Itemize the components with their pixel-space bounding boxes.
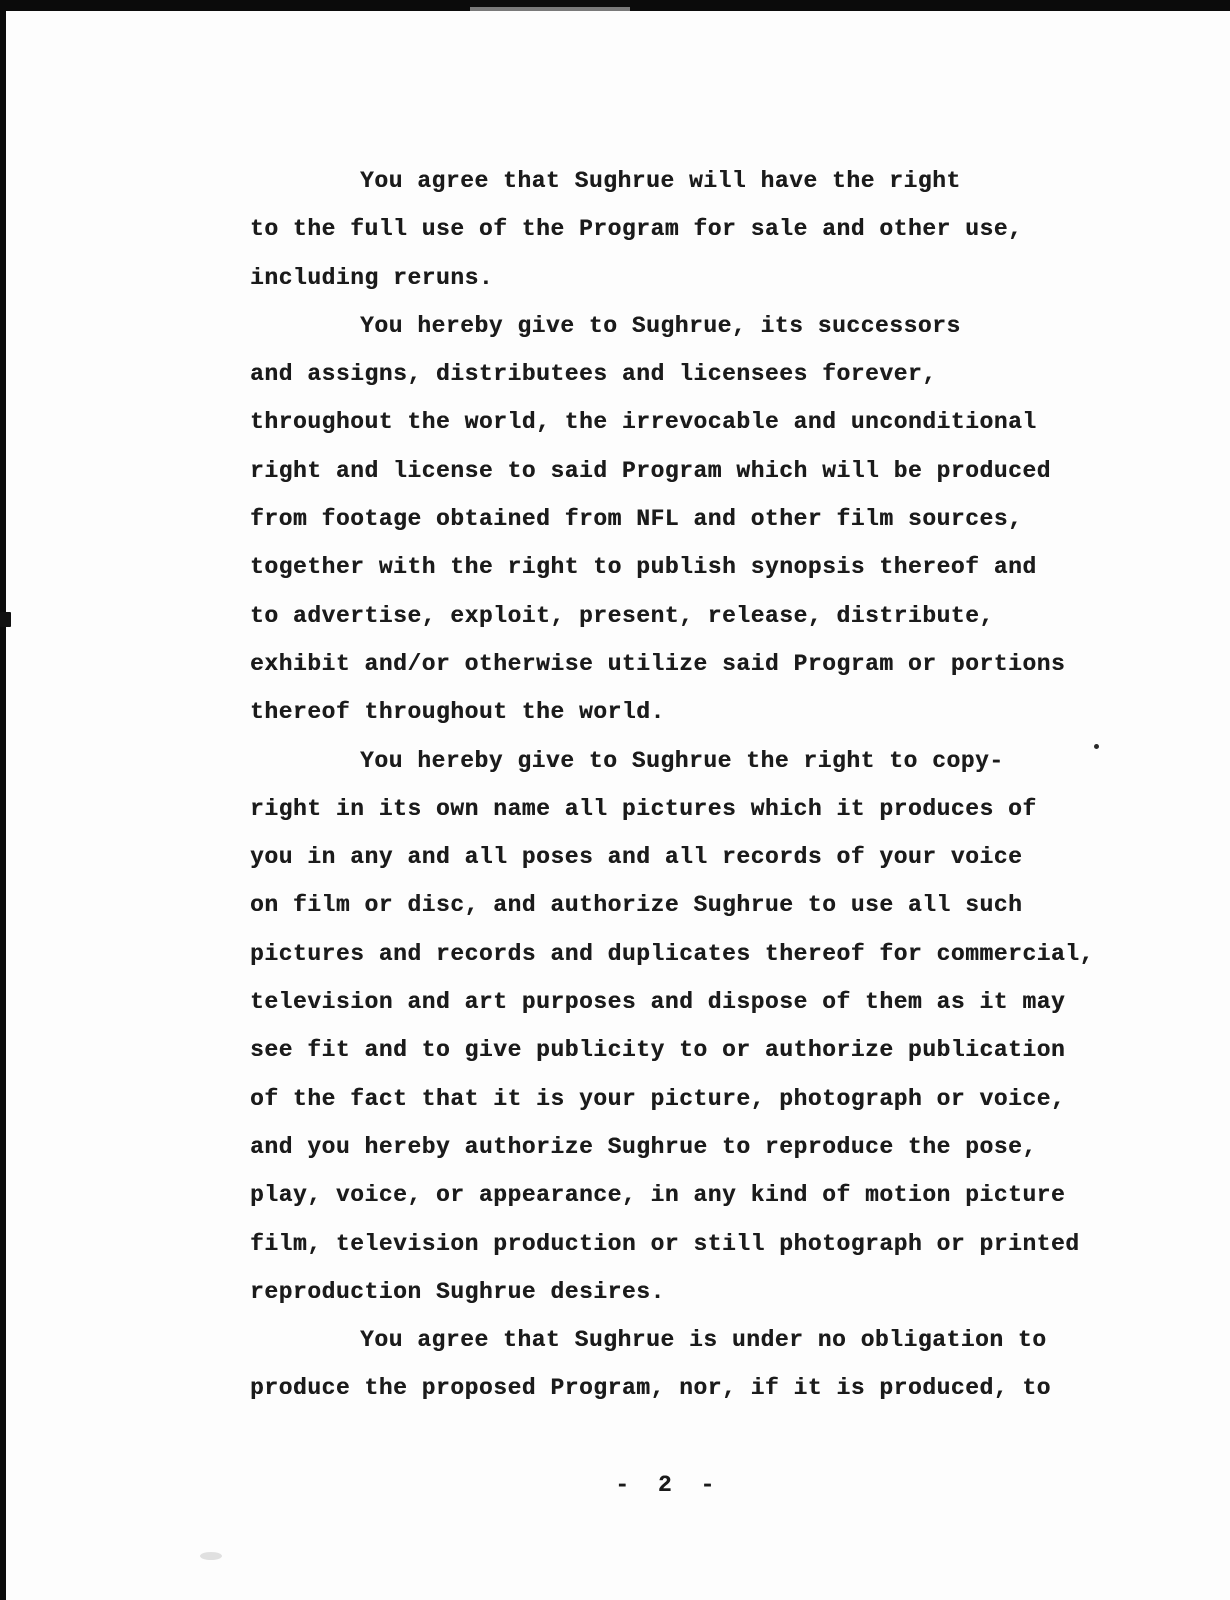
text-line: and assigns, distributees and licensees …: [250, 350, 1130, 398]
scanned-document-page: { "document": { "ink_color": "#1b1b1b", …: [0, 0, 1230, 1600]
text-line: right and license to said Program which …: [250, 447, 1130, 495]
paragraph: You agree that Sughrue will have the rig…: [250, 157, 1130, 302]
text-line: see fit and to give publicity to or auth…: [250, 1026, 1130, 1074]
text-line: pictures and records and duplicates ther…: [250, 930, 1130, 978]
text-line: film, television production or still pho…: [250, 1220, 1130, 1268]
text-line: to the full use of the Program for sale …: [250, 205, 1130, 253]
text-line: play, voice, or appearance, in any kind …: [250, 1171, 1130, 1219]
page-number: - 2 -: [250, 1472, 1080, 1498]
scan-edge-mark: [0, 612, 11, 627]
text-line: You agree that Sughrue is under no oblig…: [250, 1316, 1130, 1364]
text-line: on film or disc, and authorize Sughrue t…: [250, 881, 1130, 929]
scan-speck: [200, 1552, 222, 1560]
text-line: television and art purposes and dispose …: [250, 978, 1130, 1026]
text-line: to advertise, exploit, present, release,…: [250, 592, 1130, 640]
paragraph: You hereby give to Sughrue, its successo…: [250, 302, 1130, 737]
scan-border-top: [0, 0, 1230, 11]
text-line: exhibit and/or otherwise utilize said Pr…: [250, 640, 1130, 688]
text-line: together with the right to publish synop…: [250, 543, 1130, 591]
text-line: and you hereby authorize Sughrue to repr…: [250, 1123, 1130, 1171]
text-line: You hereby give to Sughrue, its successo…: [250, 302, 1130, 350]
text-line: from footage obtained from NFL and other…: [250, 495, 1130, 543]
text-line: of the fact that it is your picture, pho…: [250, 1075, 1130, 1123]
text-line: reproduction Sughrue desires.: [250, 1268, 1130, 1316]
paragraph: You hereby give to Sughrue the right to …: [250, 737, 1130, 1317]
text-line: You hereby give to Sughrue the right to …: [250, 737, 1130, 785]
text-line: right in its own name all pictures which…: [250, 785, 1130, 833]
paragraph: You agree that Sughrue is under no oblig…: [250, 1316, 1130, 1413]
text-line: you in any and all poses and all records…: [250, 833, 1130, 881]
text-line: including reruns.: [250, 254, 1130, 302]
text-line: You agree that Sughrue will have the rig…: [250, 157, 1130, 205]
text-line: produce the proposed Program, nor, if it…: [250, 1364, 1130, 1412]
text-line: thereof throughout the world.: [250, 688, 1130, 736]
text-line: throughout the world, the irrevocable an…: [250, 398, 1130, 446]
scan-border-left: [0, 0, 6, 1600]
document-body: You agree that Sughrue will have the rig…: [250, 157, 1130, 1413]
